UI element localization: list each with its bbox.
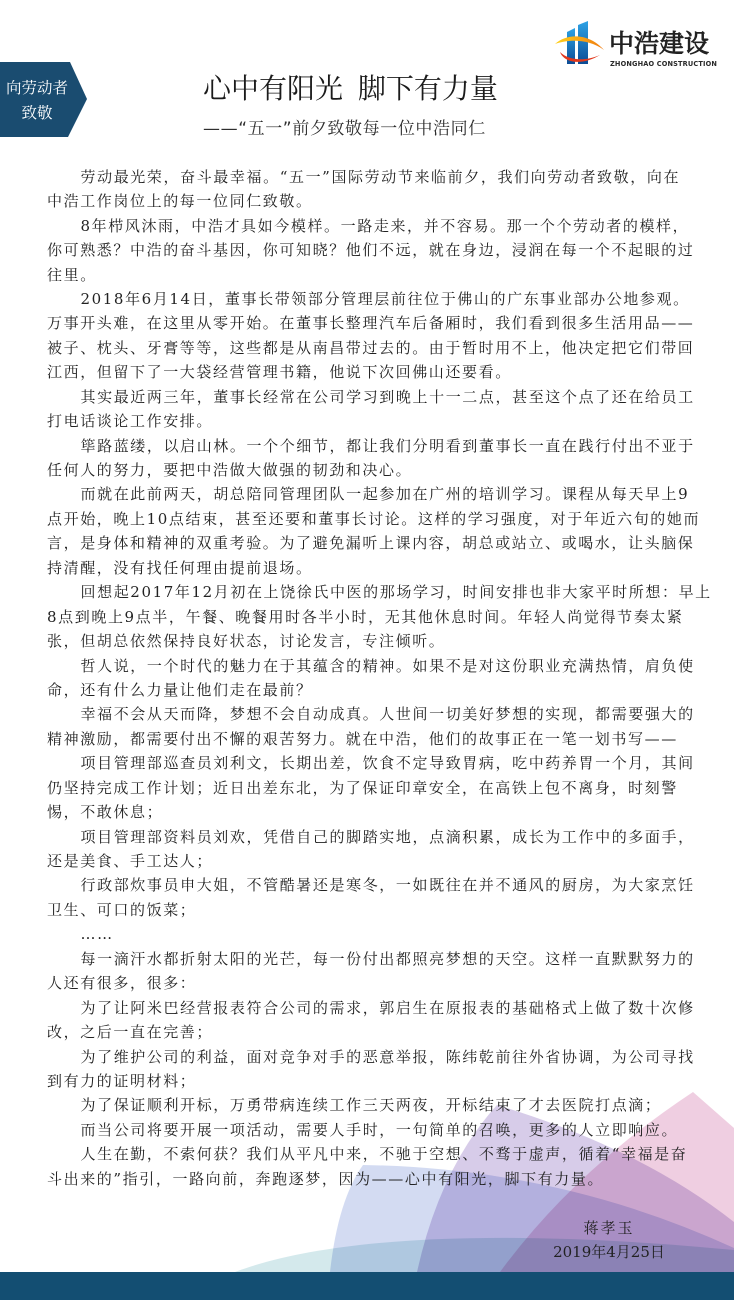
article-line: 命，还有什么力量让他们走在最前？ (47, 678, 695, 702)
article-paragraph: 为了让阿米巴经营报表符合公司的需求，郭启生在原报表的基础格式上做了数十次修 改，… (47, 996, 695, 1045)
article-line: 为了让阿米巴经营报表符合公司的需求，郭启生在原报表的基础格式上做了数十次修 (47, 996, 695, 1020)
article-line: 任何人的努力，要把中浩做大做强的韧劲和决心。 (47, 458, 695, 482)
article-line: 人生在勤，不索何获？我们从平凡中来，不驰于空想、不骛于虚声，循着“幸福是奋 (47, 1142, 695, 1166)
article-line: 改，之后一直在完善； (47, 1020, 695, 1044)
article-paragraph: 而就在此前两天，胡总陪同管理团队一起参加在广州的培训学习。课程从每天早上9 点开… (47, 482, 695, 580)
badge-arrow-shape (0, 62, 88, 137)
article-paragraph: 哲人说，一个时代的魅力在于其蕴含的精神。如果不是对这份职业充满热情，肩负使 命，… (47, 654, 695, 703)
article-line: 中浩工作岗位上的每一位同仁致敬。 (47, 189, 695, 213)
article-paragraph: 幸福不会从天而降，梦想不会自动成真。人世间一切美好梦想的实现，都需要强大的 精神… (47, 702, 695, 751)
article-line: 惕，不敢休息； (47, 800, 695, 824)
article-line: …… (47, 922, 695, 946)
article-line: 8点到晚上9点半，午餐、晚餐用时各半小时，无其他休息时间。年轻人尚觉得节奏太紧 (47, 605, 695, 629)
article-line: 到有力的证明材料； (47, 1069, 695, 1093)
article-paragraph: 2018年6月14日，董事长带领部分管理层前往位于佛山的广东事业部办公地参观。 … (47, 287, 695, 385)
article-paragraph: 筚路蓝缕，以启山林。一个个细节，都让我们分明看到董事长一直在践行付出不亚于 任何… (47, 434, 695, 483)
article-line: 言，是身体和精神的双重考验。为了避免漏听上课内容，胡总或站立、或喝水，让头脑保 (47, 531, 695, 555)
badge-text-line1: 向劳动者 (0, 79, 74, 97)
article-body: 劳动最光荣，奋斗最幸福。“五一”国际劳动节来临前夕，我们向劳动者致敬，向在 中浩… (47, 165, 695, 1191)
article-line: 为了维护公司的利益，面对竞争对手的恶意举报，陈纬乾前往外省协调，为公司寻找 (47, 1045, 695, 1069)
article-line: 幸福不会从天而降，梦想不会自动成真。人世间一切美好梦想的实现，都需要强大的 (47, 702, 695, 726)
article-paragraph: 而当公司将要开展一项活动，需要人手时，一句简单的召唤，更多的人立即响应。 (47, 1118, 695, 1142)
article-line: 还是美食、手工达人； (47, 849, 695, 873)
article-line: 而就在此前两天，胡总陪同管理团队一起参加在广州的培训学习。课程从每天早上9 (47, 482, 695, 506)
article-line: 精神激励，都需要付出不懈的艰苦努力。就在中浩，他们的故事正在一笔一划书写—— (47, 727, 695, 751)
article-paragraph: 行政部炊事员申大姐，不管酷暑还是寒冬，一如既往在并不通风的厨房，为大家烹饪 卫生… (47, 873, 695, 922)
article-line: 而当公司将要开展一项活动，需要人手时，一句简单的召唤，更多的人立即响应。 (47, 1118, 695, 1142)
article-line: 斗出来的”指引，一路向前，奔跑逐梦，因为——心中有阳光，脚下有力量。 (47, 1167, 695, 1191)
article-paragraph: 为了保证顺利开标，万勇带病连续工作三天两夜，开标结束了才去医院打点滴； (47, 1093, 695, 1117)
article-line: 8年栉风沐雨，中浩才具如今模样。一路走来，并不容易。那一个个劳动者的模样， (47, 214, 695, 238)
article-line: 劳动最光荣，奋斗最幸福。“五一”国际劳动节来临前夕，我们向劳动者致敬，向在 (47, 165, 695, 189)
article-line: 项目管理部巡查员刘利文，长期出差，饮食不定导致胃病，吃中药养胃一个月，其间 (47, 751, 695, 775)
page-title: 心中有阳光 脚下有力量 (203, 72, 498, 106)
article-line: 被子、枕头、牙膏等等，这些都是从南昌带过去的。由于暂时用不上，他决定把它们带回 (47, 336, 695, 360)
article-line: 卫生、可口的饭菜； (47, 898, 695, 922)
article-line: 持清醒，没有找任何理由提前退场。 (47, 556, 695, 580)
article-paragraph: 8年栉风沐雨，中浩才具如今模样。一路走来，并不容易。那一个个劳动者的模样， 你可… (47, 214, 695, 287)
article-line: 筚路蓝缕，以启山林。一个个细节，都让我们分明看到董事长一直在践行付出不亚于 (47, 434, 695, 458)
article-line: 人还有很多，很多： (47, 971, 695, 995)
article-paragraph: 为了维护公司的利益，面对竞争对手的恶意举报，陈纬乾前往外省协调，为公司寻找 到有… (47, 1045, 695, 1094)
article-line: 你可熟悉？中浩的奋斗基因，你可知晓？他们不远，就在身边，浸润在每一个不起眼的过 (47, 238, 695, 262)
article-paragraph: 项目管理部资料员刘欢，凭借自己的脚踏实地，点滴积累，成长为工作中的多面手， 还是… (47, 825, 695, 874)
article-line: 哲人说，一个时代的魅力在于其蕴含的精神。如果不是对这份职业充满热情，肩负使 (47, 654, 695, 678)
article-line: 为了保证顺利开标，万勇带病连续工作三天两夜，开标结束了才去医院打点滴； (47, 1093, 695, 1117)
article-line: 2018年6月14日，董事长带领部分管理层前往位于佛山的广东事业部办公地参观。 (47, 287, 695, 311)
section-badge: 向劳动者 致敬 (0, 62, 88, 137)
article-line: 张，但胡总依然保持良好状态，讨论发言，专注倾听。 (47, 629, 695, 653)
article-paragraph: 项目管理部巡查员刘利文，长期出差，饮食不定导致胃病，吃中药养胃一个月，其间 仍坚… (47, 751, 695, 824)
page-subtitle: ——“五一”前夕致敬每一位中浩同仁 (203, 118, 486, 140)
article-line: 江西，但留下了一大袋经营管理书籍，他说下次回佛山还要看。 (47, 360, 695, 384)
logo-name-cn: 中浩建设 (609, 29, 709, 59)
article-paragraph: 回想起2017年12月初在上饶徐氏中医的那场学习，时间安排也非大家平时所想：早上… (47, 580, 695, 653)
article-line: 项目管理部资料员刘欢，凭借自己的脚踏实地，点滴积累，成长为工作中的多面手， (47, 825, 695, 849)
zhonghao-logo-icon (549, 17, 607, 75)
article-paragraph: 每一滴汗水都折射太阳的光芒，每一份付出都照亮梦想的天空。这样一直默默努力的 人还… (47, 947, 695, 996)
article-line: 行政部炊事员申大姐，不管酷暑还是寒冬，一如既往在并不通风的厨房，为大家烹饪 (47, 873, 695, 897)
article-paragraph: 劳动最光荣，奋斗最幸福。“五一”国际劳动节来临前夕，我们向劳动者致敬，向在 中浩… (47, 165, 695, 214)
badge-text-line2: 致敬 (0, 104, 74, 122)
article-paragraph: 其实最近两三年，董事长经常在公司学习到晚上十一二点，甚至这个点了还在给员工 打电… (47, 385, 695, 434)
article-line: 每一滴汗水都折射太阳的光芒，每一份付出都照亮梦想的天空。这样一直默默努力的 (47, 947, 695, 971)
logo-name-en: ZHONGHAO CONSTRUCTION (610, 60, 717, 68)
article-line: 万事开头难，在这里从零开始。在董事长整理汽车后备厢时，我们看到很多生活用品—— (47, 311, 695, 335)
article-line: 仍坚持完成工作计划；近日出差东北，为了保证印章安全，在高铁上包不离身，时刻警 (47, 776, 695, 800)
article-line: 点开始，晚上10点结束，甚至还要和董事长讨论。这样的学习强度，对于年近六旬的她而 (47, 507, 695, 531)
article-line: 回想起2017年12月初在上饶徐氏中医的那场学习，时间安排也非大家平时所想：早上 (47, 580, 695, 604)
poster-page: 向劳动者 致敬 心中有阳光 脚下有力量 ——“五一”前夕致敬每一位中浩同仁 中浩… (0, 0, 734, 1300)
author-signature: 蒋孝玉 (538, 1216, 680, 1240)
article-paragraph: …… (47, 922, 695, 946)
company-logo: 中浩建设 ZHONGHAO CONSTRUCTION (549, 17, 719, 77)
article-line: 打电话谈论工作安排。 (47, 409, 695, 433)
article-line: 往里。 (47, 263, 695, 287)
footer-bar (0, 1272, 734, 1300)
publish-date: 2019年4月25日 (538, 1240, 680, 1264)
article-paragraph: 人生在勤，不索何获？我们从平凡中来，不驰于空想、不骛于虚声，循着“幸福是奋 斗出… (47, 1142, 695, 1191)
article-line: 其实最近两三年，董事长经常在公司学习到晚上十一二点，甚至这个点了还在给员工 (47, 385, 695, 409)
